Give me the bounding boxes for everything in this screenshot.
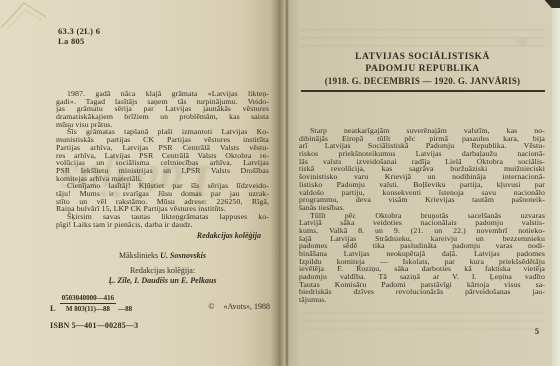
- heading-line: PADOMJU REPUBLIKA: [300, 63, 545, 75]
- text-line: tājumus.: [299, 296, 545, 304]
- copyright-symbol: ©: [208, 302, 214, 311]
- classification-code: 63.3 (2L) 6 La 805: [58, 26, 100, 46]
- print-run-code: L0503040000—416M 803(11)—88—88: [50, 294, 132, 313]
- chapter-heading: LATVIJAS SOCIĀLISTISKĀ PADOMJU REPUBLIKA…: [300, 51, 545, 88]
- artist-label: Mākslinieks: [119, 251, 158, 260]
- right-page-text: Starp neatkarīgajām suverēnajām valstīm,…: [299, 127, 545, 304]
- editorial-board-label: Redakcijas kolēģija:: [56, 266, 269, 275]
- imprint-row: L0503040000—416M 803(11)—88—88 ©«Avots»,…: [50, 294, 270, 318]
- code-suffix: —88: [118, 305, 132, 313]
- code-denominator: M 803(11)—88: [60, 304, 117, 313]
- copyright-line: ©«Avots», 1988: [208, 302, 270, 311]
- paragraph: Cienījamo lasītāj! Kļūstiet par šīs sēri…: [56, 182, 269, 213]
- heading-rule: [301, 90, 545, 92]
- paragraph: Starp neatkarīgajām suverēnajām valstīm,…: [299, 127, 545, 212]
- text-line: pīgi! Laiks tam ir pienācis, darba ir da…: [56, 221, 269, 229]
- gutter-crease: [286, 0, 288, 366]
- scanner-edge-strip: [552, 0, 560, 366]
- udc-code: 63.3 (2L) 6: [58, 26, 100, 36]
- artist-name: U. Sosnovskis: [160, 251, 206, 260]
- code-prefix: L: [50, 303, 56, 313]
- shelf-code: La 805: [58, 36, 100, 46]
- editorial-board-names: Ļ. Zīle, I. Daudišs un E. Pelkaus: [56, 276, 269, 285]
- editorial-signature: Redakcijas kolēģija: [56, 231, 261, 240]
- heading-line: LATVIJAS SOCIĀLISTISKĀ: [300, 51, 545, 63]
- paragraph: Šīs grāmatas tapšanā plaši izmantoti Lat…: [56, 128, 269, 182]
- page-number: 5: [529, 326, 545, 336]
- code-numerator: 0503040000—416: [60, 294, 117, 304]
- paragraph: Šķirsim savas tautas likteņgrāmatas lapp…: [56, 213, 269, 228]
- left-page-text: 1987. gadā nāca klajā grāmata «Latvijas …: [56, 90, 269, 228]
- paragraph: Tūlīt pēc Oktobra bruņotās sacelšanās uz…: [299, 212, 545, 304]
- code-fraction: 0503040000—416M 803(11)—88: [60, 294, 117, 313]
- isbn-line: ISBN 5—401—00285—3: [50, 321, 138, 330]
- text-line: biedriskās dzīves revolucionārās pārveid…: [299, 288, 545, 296]
- artist-credit: Mākslinieks U. Sosnovskis: [56, 251, 269, 260]
- paragraph: 1987. gadā nāca klajā grāmata «Latvijas …: [56, 90, 269, 128]
- heading-line: (1918. G. DECEMBRIS — 1920. G. JANVĀRIS): [300, 75, 545, 88]
- publisher-year: «Avots», 1988: [223, 302, 270, 311]
